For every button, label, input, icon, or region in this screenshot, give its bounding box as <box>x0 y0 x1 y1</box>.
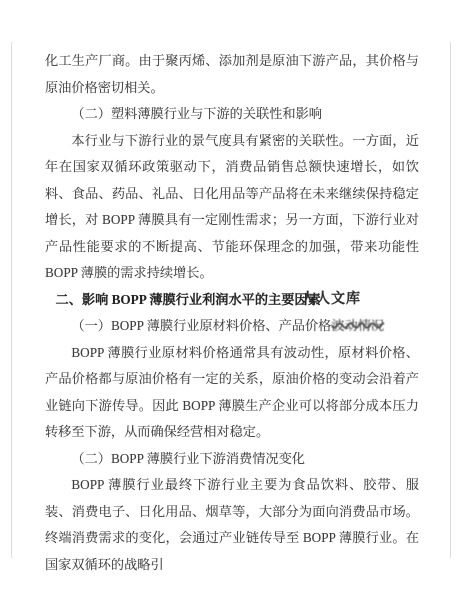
renren-wenku-watermark: 人人文库 <box>301 288 361 308</box>
subheading-price-fluctuation: （一）BOPP 薄膜行业原材料价格、产品价格波动情况 <box>45 313 419 340</box>
subheading-price-text: （一）BOPP 薄膜行业原材料价格、产品价格 <box>71 318 331 333</box>
document-text-block: 化工生产厂商。由于聚丙烯、添加剂是原油下游产品，其价格与原油价格密切相关。 （二… <box>45 48 419 578</box>
page-edge-right-line <box>450 42 451 558</box>
paragraph-continuation: 化工生产厂商。由于聚丙烯、添加剂是原油下游产品，其价格与原油价格密切相关。 <box>45 48 419 101</box>
paragraph-price-fluctuation: BOPP 薄膜行业原材料价格通常具有波动性，原材料价格、产品价格都与原油价格有一… <box>45 340 419 446</box>
subheading-downstream-relation: （二）塑料薄膜行业与下游的关联性和影响 <box>45 101 419 128</box>
subheading-consumption-change: （二）BOPP 薄膜行业下游消费情况变化 <box>45 446 419 473</box>
section-heading-profit-factors: 二、影响 BOPP 薄膜行业利润水平的主要因素 <box>45 287 419 314</box>
document-page: 化工生产厂商。由于聚丙烯、添加剂是原油下游产品，其价格与原油价格密切相关。 （二… <box>0 0 463 600</box>
paragraph-downstream-relation: 本行业与下游行业的景气度具有紧密的关联性。一方面，近年在国家双循环政策驱动下，消… <box>45 128 419 287</box>
page-edge-left-line <box>11 42 12 558</box>
paragraph-consumption-change: BOPP 薄膜行业最终下游行业主要为食品饮料、胶带、服装、消费电子、日化用品、烟… <box>45 472 419 578</box>
watermark-obscured-text: 波动情况 <box>331 318 384 333</box>
